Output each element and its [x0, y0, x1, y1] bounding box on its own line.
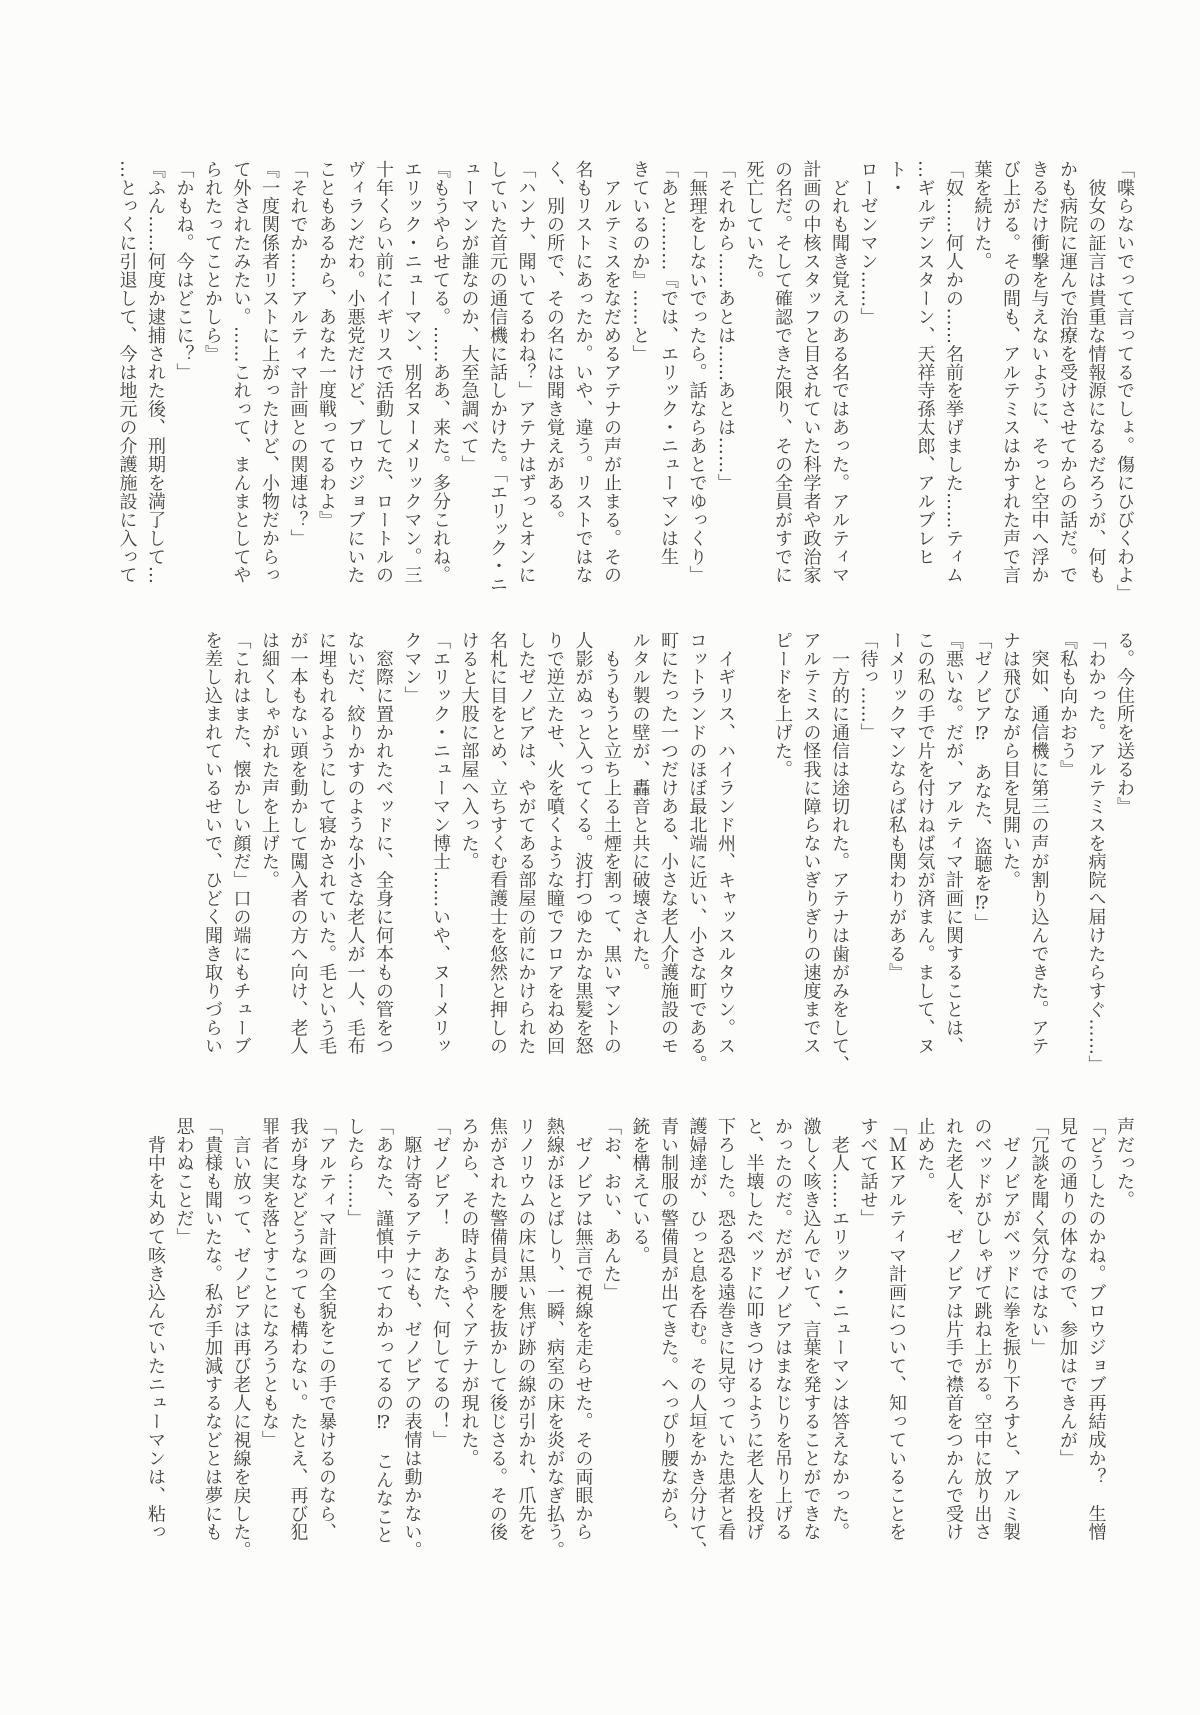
text-line: 「喋らないでって言ってるでしょ。傷にひびくわよ」 — [1110, 160, 1139, 594]
text-line: りで逆立たせ、火を噴くような瞳でフロアをねめ回 — [540, 631, 569, 1078]
text-line: られたってことかしら』 — [198, 160, 227, 594]
text-line: が一本もない頭を動かして闖入者の方へ向け、老人 — [283, 631, 312, 1078]
text-line: 止めた。 — [910, 1117, 939, 1565]
text-line: 青い制服の警備員が出てきた。へっぴり腰ながら、 — [654, 1117, 683, 1565]
text-line: を差し込まれているせいで、ひどく聞き取りづらい — [198, 631, 227, 1078]
text-line: きているのか』……と」 — [625, 160, 654, 594]
text-line: 「待っ……」 — [853, 631, 882, 1078]
text-line: 「それでか……アルティマ計画との関連は？」 — [283, 160, 312, 594]
text-line: 計画の中核スタッフと目されていた科学者や政治家 — [796, 160, 825, 594]
text-line: アルテミスをなだめるアテナの声が止まる。その — [597, 160, 626, 594]
text-line: 言い放って、ゼノビアは再び老人に視線を戻した。 — [226, 1117, 255, 1565]
text-line: かったのだ。だがゼノビアはまなじりを吊り上げる — [768, 1117, 797, 1565]
text-line: 死亡していた。 — [739, 160, 768, 594]
text-line: すべて話せ」 — [853, 1117, 882, 1565]
text-line: けると大股に部屋へ入った。 — [454, 631, 483, 1078]
text-line: したゼノビアは、やがてある部屋の前にかけられた — [511, 631, 540, 1078]
text-line: もうもうと立ち上る土煙を割って、黒いマントの — [597, 631, 626, 1078]
text-line: 思わぬことだ」 — [169, 1117, 198, 1565]
text-line: リノリウムの床に黒い焦げ跡の線が引かれ、爪先を — [511, 1117, 540, 1565]
text-line: 下ろした。恐る恐る遠巻きに見守っていた患者と看 — [711, 1117, 740, 1565]
text-line: かも病院に運んで治療を受けさせてからの話だ。で — [1053, 160, 1082, 594]
text-line: は細くしゃがれた声を上げた。 — [255, 631, 284, 1078]
text-line: く、別の所で、その名には聞き覚えがある。 — [540, 160, 569, 594]
text-line: エリック・ニューマン、別名ヌーメリックマン。三 — [397, 160, 426, 594]
text-band-top: 「喋らないでって言ってるでしょ。傷にひびくわよ」 彼女の証言は貴重な情報源になる… — [112, 160, 1138, 594]
text-line: …とっくに引退して、今は地元の介護施設に入って — [112, 160, 141, 594]
text-line: る。今住所を送るわ』 — [1110, 631, 1139, 1078]
text-line: 「これはまた、懐かしい顔だ」口の端にもチューブ — [226, 631, 255, 1078]
text-line: 「貴様も聞いたな。私が手加減するなどとは夢にも — [198, 1117, 227, 1565]
text-line: 名もリストにあったか。いや、違う。リストではな — [568, 160, 597, 594]
text-line: 「お、おい、あんた」 — [597, 1117, 626, 1565]
text-line: 「それから……あとは……あとは……」 — [711, 160, 740, 594]
text-line: れた老人を、ゼノビアは片手で襟首をつかんで受け — [939, 1117, 968, 1565]
text-line: 「ＭＫアルティマ計画について、知っていることを — [882, 1117, 911, 1565]
text-line: どれも聞き覚えのある名ではあった。アルティマ — [825, 160, 854, 594]
text-line: この私の手で片を付けねば気が済まん。まして、ヌ — [910, 631, 939, 1078]
text-line: のベッドがひしゃげて跳ね上がる。空中に放り出さ — [967, 1117, 996, 1565]
text-line: 『悪いな。だが、アルティマ計画に関することは、 — [939, 631, 968, 1078]
text-line: ローゼンマン……」 — [853, 160, 882, 594]
text-line: 熱線がほとばしり、一瞬、病室の床を炎がなぎ払う。 — [540, 1117, 569, 1565]
text-line: と、半壊したベッドに叩きつけるように老人を投げ — [739, 1117, 768, 1565]
text-line: 『一度関係者リストに上がったけど、小物だからっ — [255, 160, 284, 594]
text-line: 「あなた、謹慎中ってわかってるの⁉ こんなこと — [369, 1117, 398, 1565]
text-line: 『私も向かおう』 — [1053, 631, 1082, 1078]
text-line: ないだ、絞りかすのような小さな老人が一人、毛布 — [340, 631, 369, 1078]
text-line: こともあるから、あなた一度戦ってるわよ』 — [312, 160, 341, 594]
text-line: コットランドのほぼ最北端に近い、小さな町である。 — [682, 631, 711, 1078]
text-line: 「冗談を聞く気分ではない」 — [1024, 1117, 1053, 1565]
text-line: ピードを上げた。 — [768, 631, 797, 1078]
text-line: て外されたみたい。……これって、まんまとしてや — [226, 160, 255, 594]
text-line: …ギルデンスターン、天祥寺孫太郎、アルブレヒト・ — [882, 160, 939, 594]
text-line: 葉を続けた。 — [967, 160, 996, 594]
text-line: ナは飛びながら目を見開いた。 — [996, 631, 1025, 1078]
novel-page: 「喋らないでって言ってるでしょ。傷にひびくわよ」 彼女の証言は貴重な情報源になる… — [0, 0, 1200, 1715]
text-line: 「かもね。今はどこに？」 — [169, 160, 198, 594]
text-line: ゼノビアは無言で視線を走らせた。その両眼から — [568, 1117, 597, 1565]
text-line: の名だ。そして確認できた限り、その全員がすでに — [768, 160, 797, 594]
text-line: 「アルティマ計画の全貌をこの手で暴けるのなら、 — [312, 1117, 341, 1565]
text-line: ろから、その時ようやくアテナが現れた。 — [454, 1117, 483, 1565]
text-line: 十年くらい前にイギリスで活動してた、ロートルの — [369, 160, 398, 594]
text-line: イギリス、ハイランド州、キャッスルタウン。ス — [711, 631, 740, 1078]
text-line: 名札に目をとめ、立ちすくむ看護士を悠然と押しの — [483, 631, 512, 1078]
text-line: していた首元の通信機に話しかけた。「エリック・ニ — [483, 160, 512, 594]
text-line: 窓際に置かれたベッドに、全身に何本もの管をつ — [369, 631, 398, 1078]
text-line: 突如、通信機に第三の声が割り込んできた。アテ — [1024, 631, 1053, 1078]
text-line: 「ハンナ、聞いてるわね？」アテナはずっとオンに — [511, 160, 540, 594]
text-line: ヴィランだわ。小悪党だけど、ブロウジョブにいた — [340, 160, 369, 594]
text-line: 「わかった。アルテミスを病院へ届けたらすぐ……」 — [1081, 631, 1110, 1078]
text-line: 人影がぬっと入ってくる。波打つゆたかな黒髪を怒 — [568, 631, 597, 1078]
text-line: 駆け寄るアテナにも、ゼノビアの表情は動かない。 — [397, 1117, 426, 1565]
text-line: 罪者に実を落とすことになろうともな」 — [255, 1117, 284, 1565]
text-line: 老人……エリック・ニューマンは答えなかった。 — [825, 1117, 854, 1565]
text-line: クマン」 — [397, 631, 426, 1078]
text-line: 「どうしたのかね。ブロウジョブ再結成か？ 生憎 — [1081, 1117, 1110, 1565]
text-band-middle: る。今住所を送るわ』「わかった。アルテミスを病院へ届けたらすぐ……」『私も向かお… — [198, 631, 1139, 1078]
text-line: 彼女の証言は貴重な情報源になるだろうが、何も — [1081, 160, 1110, 594]
text-line: ルタル製の壁が、轟音と共に破壊された。 — [625, 631, 654, 1078]
text-line: 「ゼノビア⁉ あなた、盗聴を⁉」 — [967, 631, 996, 1078]
text-line: ーメリックマンならば私も関わりがある』 — [882, 631, 911, 1078]
text-line: ューマンが誰なのか、大至急調べて」 — [454, 160, 483, 594]
text-line: 「奴……何人かの……名前を挙げました……ティム — [939, 160, 968, 594]
text-line: したら……」 — [340, 1117, 369, 1565]
text-line: 我が身などどうなっても構わない。たとえ、再び犯 — [283, 1117, 312, 1565]
text-line: ゼノビアがベッドに拳を振り下ろすと、アルミ製 — [996, 1117, 1025, 1565]
text-line: 声だった。 — [1110, 1117, 1139, 1565]
text-line: 「ゼノビア！ あなた、何してるの！」 — [426, 1117, 455, 1565]
text-line: に埋もれるようにして寝かされていた。毛という毛 — [312, 631, 341, 1078]
text-line: 一方的に通信は途切れた。アテナは歯がみをして、 — [825, 631, 854, 1078]
text-line: 銃を構えている。 — [625, 1117, 654, 1565]
text-line: 『もうやらせてる。……ああ、来た。多分これね。 — [426, 160, 455, 594]
text-line — [739, 631, 768, 1078]
text-line: 「無理をしないでったら。話ならあとでゆっくり」 — [682, 160, 711, 594]
text-line: 『ふん……何度か逮捕された後、刑期を満了して… — [141, 160, 170, 594]
text-line: 焦がされた警備員が腰を抜かして後じさる。その後 — [483, 1117, 512, 1565]
text-line: 見ての通りの体なので、参加はできんが」 — [1053, 1117, 1082, 1565]
text-line: 「あと………『では、エリック・ニューマンは生 — [654, 160, 683, 594]
text-line: 激しく咳き込んでいて、言葉を発することができな — [796, 1117, 825, 1565]
text-line: 背中を丸めて咳き込んでいたニューマンは、粘っ — [141, 1117, 170, 1565]
text-line: び上がる。その間も、アルテミスはかすれた声で言 — [996, 160, 1025, 594]
text-line: きるだけ衝撃を与えないように、そっと空中へ浮か — [1024, 160, 1053, 594]
text-line: 町にたった一つだけある、小さな老人介護施設のモ — [654, 631, 683, 1078]
text-line: 「エリック・ニューマン博士……いや、ヌーメリッ — [426, 631, 455, 1078]
text-band-bottom: 声だった。「どうしたのかね。ブロウジョブ再結成か？ 生憎見ての通りの体なので、参… — [141, 1117, 1139, 1565]
text-line: アルテミスの怪我に障らないぎりぎりの速度までス — [796, 631, 825, 1078]
text-line: 護婦達が、ひっと息を呑む。その人垣をかき分けて、 — [682, 1117, 711, 1565]
